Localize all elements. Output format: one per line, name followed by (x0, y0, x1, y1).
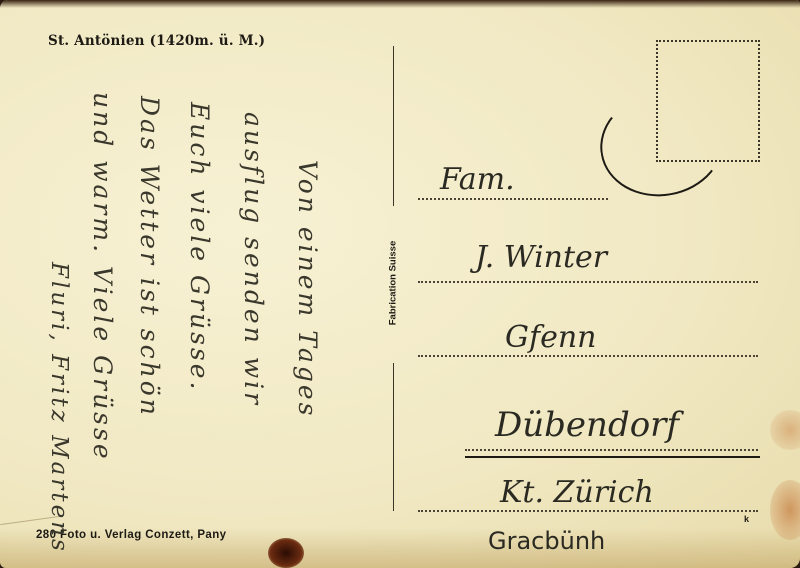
address-line (418, 198, 608, 200)
address-line-3: Gfenn (505, 320, 596, 355)
address-line-5: Kt. Zürich (500, 475, 654, 510)
location-title: St. Antönien (1420m. ü. M.) (48, 33, 265, 49)
stain-spot (770, 410, 800, 450)
address-extra: Gracbünh (488, 527, 605, 555)
message-line-1: Von einem Tages (293, 160, 322, 418)
address-line (465, 449, 758, 451)
message-line-3: Euch viele Grüsse. (185, 102, 214, 392)
address-line (418, 281, 758, 283)
postcard-back: St. Antönien (1420m. ü. M.) 280 Foto u. … (0, 0, 800, 568)
message-line-5: und warm. Viele Grüsse (88, 92, 117, 462)
address-line-4: Dübendorf (495, 405, 679, 445)
address-underline (465, 456, 760, 458)
address-line-1: Fam. (440, 162, 515, 197)
center-divider (393, 46, 394, 206)
address-line (418, 355, 758, 357)
fabrication-label: Fabrication Suisse (388, 241, 399, 325)
message-line-2: ausflug senden wir (239, 112, 268, 407)
address-line (418, 510, 758, 512)
stain-spot (268, 538, 304, 568)
center-divider (393, 363, 394, 511)
worn-edge-top (0, 0, 800, 8)
address-line-2: J. Winter (475, 240, 607, 275)
corner-mark: k (744, 514, 749, 524)
message-line-4: Das Wetter ist schön (135, 96, 164, 418)
message-signature: Fluri, Fritz Martens (46, 262, 72, 554)
